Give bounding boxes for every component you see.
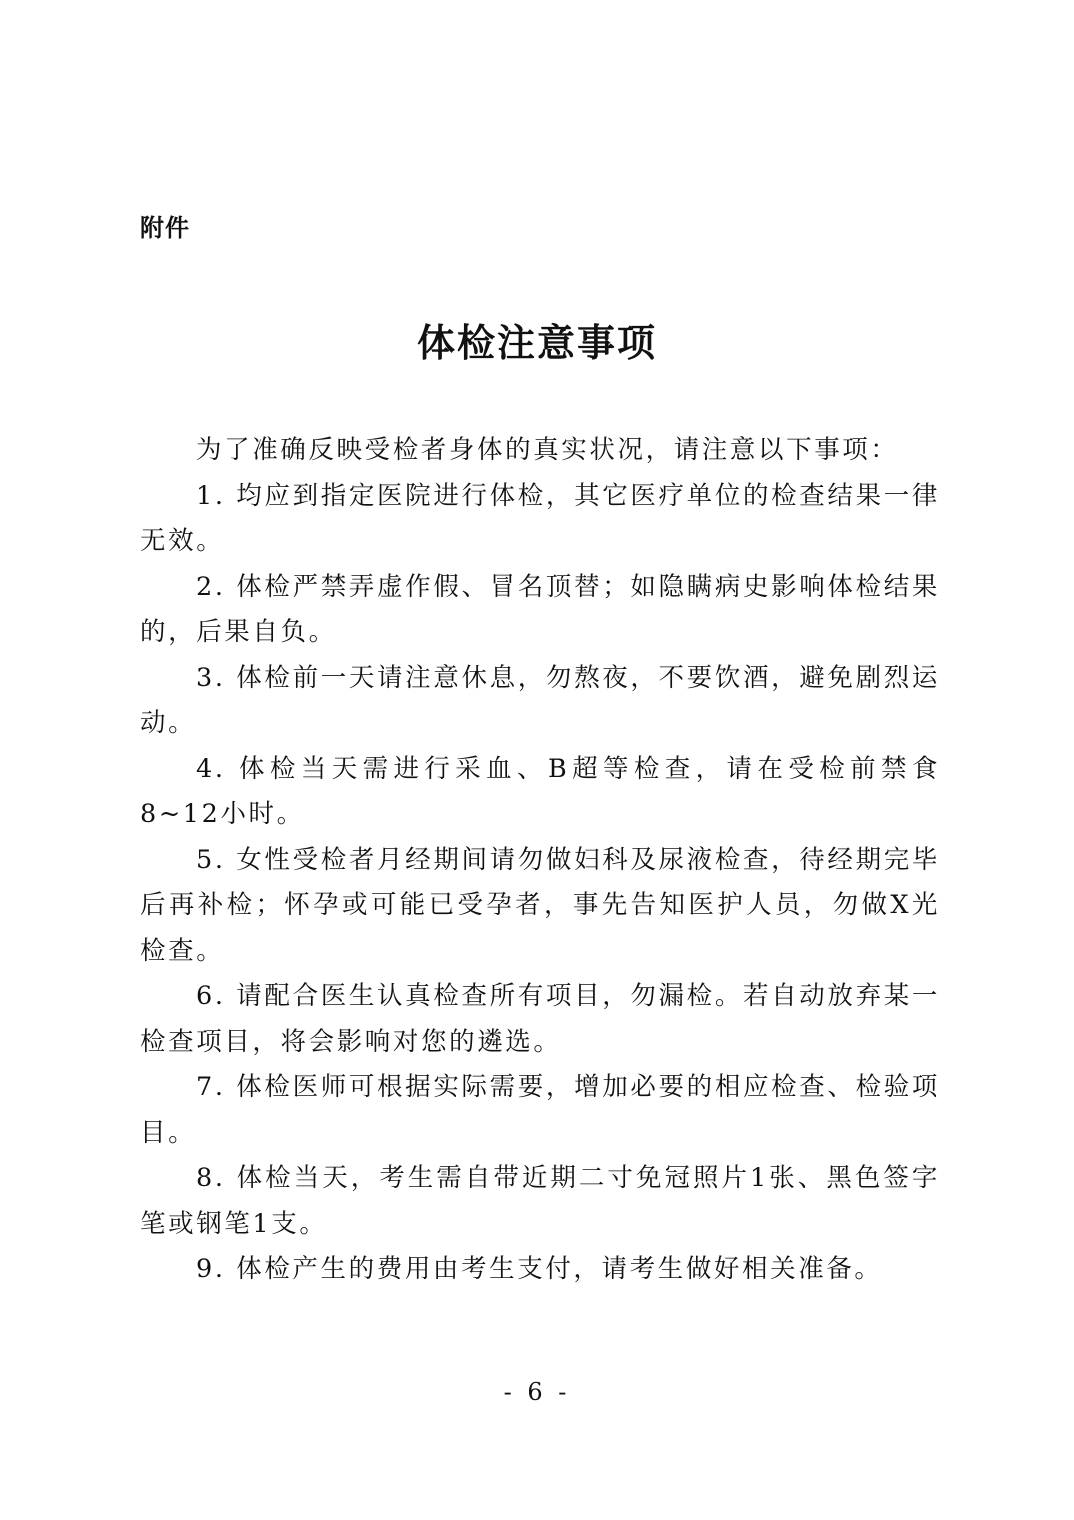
notice-item-5: 5. 女性受检者月经期间请勿做妇科及尿液检查，待经期完毕后再补检；怀孕或可能已受… <box>140 838 940 975</box>
intro-paragraph: 为了准确反映受检者身体的真实状况，请注意以下事项： <box>140 428 940 474</box>
notice-item-6: 6. 请配合医生认真检查所有项目，勿漏检。若自动放弃某一检查项目，将会影响对您的… <box>140 974 940 1065</box>
page-number: - 6 - <box>0 1378 1074 1406</box>
document-body: 为了准确反映受检者身体的真实状况，请注意以下事项： 1. 均应到指定医院进行体检… <box>140 428 940 1293</box>
notice-item-7: 7. 体检医师可根据实际需要，增加必要的相应检查、检验项目。 <box>140 1065 940 1156</box>
attachment-label: 附件 <box>140 208 190 243</box>
document-title: 体检注意事项 <box>0 312 1074 367</box>
notice-item-8: 8. 体检当天，考生需自带近期二寸免冠照片1张、黑色签字笔或钢笔1支。 <box>140 1156 940 1247</box>
notice-item-2: 2. 体检严禁弄虚作假、冒名顶替；如隐瞒病史影响体检结果的，后果自负。 <box>140 565 940 656</box>
notice-item-9: 9. 体检产生的费用由考生支付，请考生做好相关准备。 <box>140 1247 940 1293</box>
notice-item-4: 4. 体检当天需进行采血、B超等检查，请在受检前禁食8~12小时。 <box>140 747 940 838</box>
notice-item-3: 3. 体检前一天请注意休息，勿熬夜，不要饮酒，避免剧烈运动。 <box>140 656 940 747</box>
notice-item-1: 1. 均应到指定医院进行体检，其它医疗单位的检查结果一律无效。 <box>140 474 940 565</box>
